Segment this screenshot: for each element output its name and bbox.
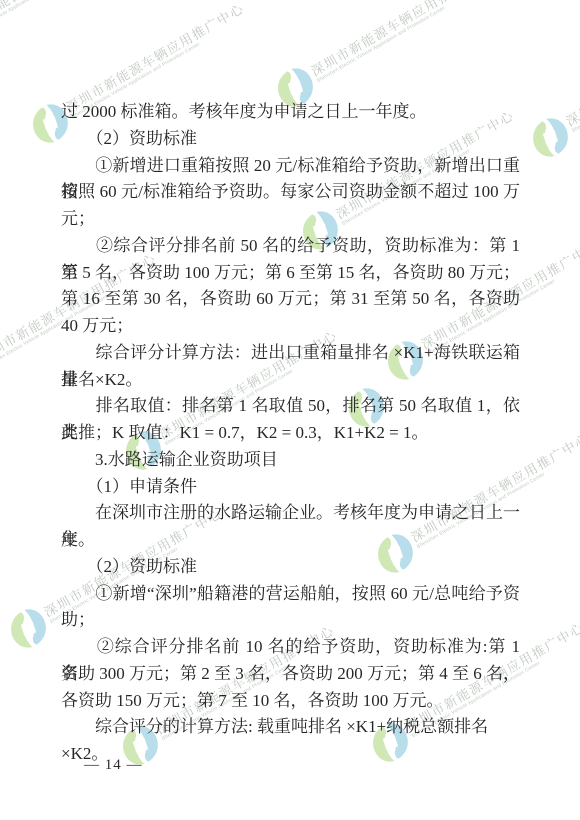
text-line: （2）资助标准 xyxy=(61,554,520,581)
text-line: 助； xyxy=(61,607,520,634)
text-line: （1）申请条件 xyxy=(61,474,520,501)
text-line: 排名取值：排名第 1 名取值 50，排名第 50 名取值 1，依此 xyxy=(61,393,520,420)
page-number: — 14 — xyxy=(84,757,143,774)
text-line: 各资助 150 万元；第 7 至 10 名，各资助 100 万元。 xyxy=(61,688,520,715)
watermark-cn-text: 深圳市新能源车辆应用推广中心 xyxy=(309,0,521,79)
text-line: 3.水路运输企业资助项目 xyxy=(61,447,520,474)
text-line: 按照 60 元/标准箱给予资助。每家公司资助金额不超过 100 万 xyxy=(61,179,520,206)
document-page: 深圳市新能源车辆应用推广中心 Shenzhen Electric Vehicle… xyxy=(0,0,580,820)
watermark: 深圳市新能源车辆应用推广中心 Shenzhen Electric Vehicle… xyxy=(525,0,580,163)
pinwheel-logo-icon xyxy=(3,603,55,655)
text-line: 排名×K2。 xyxy=(61,367,520,394)
text-line: 度。 xyxy=(61,527,520,554)
text-line: 综合评分的计算方法: 载重吨排名 ×K1+纳税总额排名×K2。 xyxy=(61,714,520,741)
text-line: ②综合评分排名前 10 名的给予资助，资助标准为:第 1 名， xyxy=(61,634,520,661)
text-line: ①新增进口重箱按照 20 元/标准箱给予资助，新增出口重箱 xyxy=(61,153,520,180)
text-line: 元； xyxy=(61,206,520,233)
text-line: 过 2000 标准箱。考核年度为申请之日上一年度。 xyxy=(61,99,520,126)
text-line: 在深圳市注册的水路运输企业。考核年度为申请之日上一年 xyxy=(61,500,520,527)
text-line: ①新增“深圳”船籍港的营运船舶，按照 60 元/总吨给予资 xyxy=(61,581,520,608)
watermark-en-text: Shenzhen Electric Vehicle Application an… xyxy=(316,6,446,84)
text-line: 40 万元； xyxy=(61,313,520,340)
watermark: 深圳市新能源车辆应用推广中心 Shenzhen Electric Vehicle… xyxy=(0,0,164,75)
watermark: 深圳市新能源车辆应用推广中心 Shenzhen Electric Vehicle… xyxy=(270,0,530,113)
watermark-en-text: Shenzhen Electric Vehicle Application an… xyxy=(0,0,81,45)
text-line: 类推；K 取值：K1 = 0.7，K2 = 0.3，K1+K2 = 1。 xyxy=(61,420,520,447)
watermark-cn-text: 深圳市新能源车辆应用推广中心 xyxy=(0,0,156,41)
text-line: 资助 300 万元；第 2 至 3 名，各资助 200 万元；第 4 至 6 名… xyxy=(61,661,520,688)
text-line: 第 16 至第 30 名，各资助 60 万元；第 31 至第 50 名，各资助 xyxy=(61,286,520,313)
text-line: （2）资助标准 xyxy=(61,126,520,153)
watermark-cn-text: 深圳市新能源车辆应用推广中心 xyxy=(564,0,580,129)
document-body-text: 过 2000 标准箱。考核年度为申请之日上一年度。 （2）资助标准 ①新增进口重… xyxy=(61,99,520,741)
text-line: 第 5 名，各资助 100 万元；第 6 至第 15 名，各资助 80 万元； xyxy=(61,260,520,287)
text-line: 综合评分计算方法：进出口重箱量排名 ×K1+海铁联运箱量 xyxy=(61,340,520,367)
watermark-cn-text: 深圳市新能源车辆应用推广中心 xyxy=(64,0,276,115)
pinwheel-logo-icon xyxy=(525,112,577,164)
watermark-en-text: Shenzhen Electric Vehicle Application an… xyxy=(571,56,580,134)
text-line: ②综合评分排名前 50 名的给予资助，资助标准为：第 1 至 xyxy=(61,233,520,260)
